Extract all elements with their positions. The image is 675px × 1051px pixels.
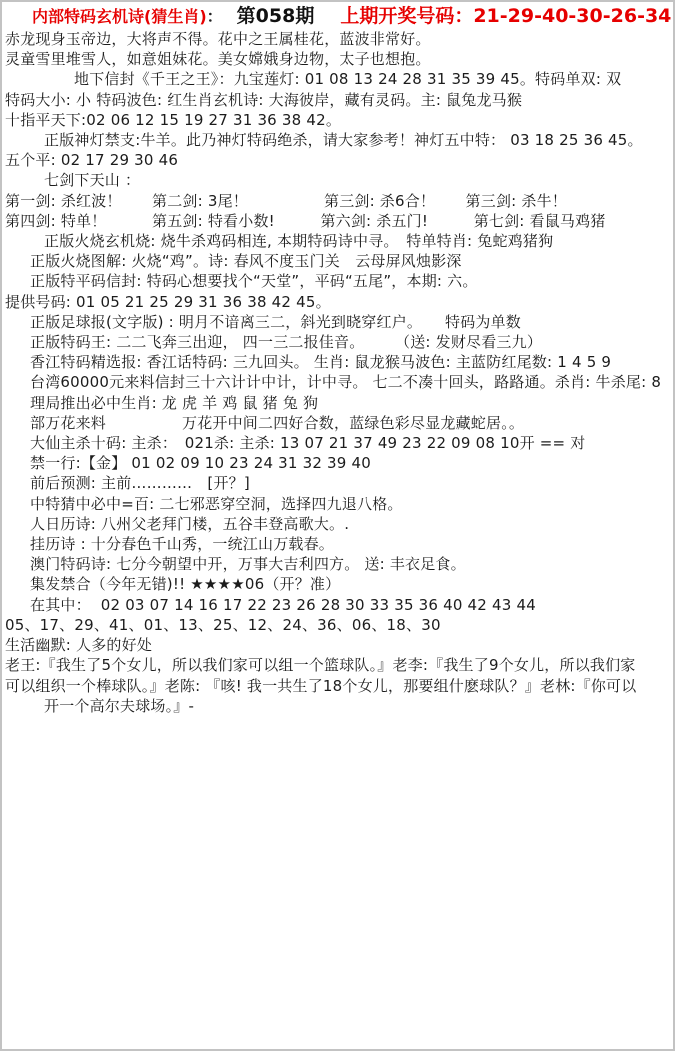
text-line: 香江特码精选报: 香江话特码: 三九回头。 生肖: 鼠龙猴马波色: 主蓝防红尾数… xyxy=(2,352,673,372)
text-line: 七剑下天山 ： xyxy=(2,170,673,190)
text-line: 开一个高尔夫球场。』- xyxy=(2,696,673,716)
text-line: 禁一行:【金】 01 02 09 10 23 24 31 32 39 40 xyxy=(2,453,673,473)
text-line: 可以组织一个棒球队。』老陈: 『咳! 我一共生了18个女儿，那要组什麽球队？』老… xyxy=(2,676,673,696)
text-line: 生活幽默: 人多的好处 xyxy=(2,635,673,655)
tip-sheet-page: 内部特码玄机诗(猜生肖)：第058期上期开奖号码：21-29-40-30-26-… xyxy=(0,0,675,1051)
text-line: 挂历诗 : 十分春色千山秀，一统江山万载春。 xyxy=(2,534,673,554)
text-line: 中特猜中必中=百: 二七邪恶穿空洞，选择四九退八格。 xyxy=(2,494,673,514)
text-line: 澳门特码诗: 七分今朝望中开，万事大吉利四方。 送: 丰衣足食。 xyxy=(2,554,673,574)
text-line: 正版火烧玄机烧: 烧牛杀鸡码相连, 本期特码诗中寻。 特单特肖: 兔蛇鸡猪狗 xyxy=(2,231,673,251)
text-line: 集发禁合（今年无错)!! ★★★★06（开？准） xyxy=(2,574,673,594)
text-line: 在其中： 02 03 07 14 16 17 22 23 26 28 30 33… xyxy=(2,595,673,615)
text-line: 人日历诗: 八州父老拜门楼，五谷丰登高歌大。. xyxy=(2,514,673,534)
text-line: 部万花来料 万花开中间二四好合数，蓝绿色彩尽显龙藏蛇居。。 xyxy=(2,413,673,433)
text-line: 正版火烧图解: 火烧“鸡”。诗: 春风不度玉门关 云母屏风烛影深 xyxy=(2,251,673,271)
text-line: 正版特平码信封: 特码心想要找个“天堂”，平码“五尾”，本期: 六。 xyxy=(2,271,673,291)
text-line: 灵童雪里堆雪人，如意姐妹花。美女嫦娥身边物，太子也想抱。 xyxy=(2,49,673,69)
text-line: 大仙主杀十码: 主杀： 021杀: 主杀: 13 07 21 37 49 23 … xyxy=(2,433,673,453)
text-line: 赤龙现身玉帝边，大将声不得。花中之王属桂花，蓝波非常好。 xyxy=(2,29,673,49)
page-header: 内部特码玄机诗(猜生肖)：第058期上期开奖号码：21-29-40-30-26-… xyxy=(2,2,673,28)
text-line: 地下信封《千王之王》：九宝莲灯: 01 08 13 24 28 31 35 39… xyxy=(2,69,673,89)
title-colon: ： xyxy=(207,7,223,26)
text-line: 正版足球报(文字版) : 明月不谙离三二，斜光到晓穿红户。 特码为单数 xyxy=(2,312,673,332)
text-line: 十指平天下:02 06 12 15 19 27 31 36 38 42。 xyxy=(2,110,673,130)
text-line: 05、17、29、41、01、13、25、12、24、36、06、18、30 xyxy=(2,615,673,635)
text-line: 理局推出必中生肖: 龙 虎 羊 鸡 鼠 猪 兔 狗 xyxy=(2,393,673,413)
text-line: 五个平: 02 17 29 30 46 xyxy=(2,150,673,170)
text-line: 提供号码: 01 05 21 25 29 31 36 38 42 45。 xyxy=(2,292,673,312)
issue-number: 第058期 xyxy=(237,5,315,27)
text-line: 老王:『我生了5个女儿，所以我们家可以组一个篮球队。』老李:『我生了9个女儿，所… xyxy=(2,655,673,675)
text-line: 特码大小: 小 特码波色: 红生肖玄机诗: 大海彼岸，藏有灵码。主: 鼠兔龙马猴 xyxy=(2,90,673,110)
text-line: 第四剑: 特单！ 第五剑: 特看小数! 第六剑: 杀五门! 第七剑: 看鼠马鸡猪 xyxy=(2,211,673,231)
text-line: 第一剑: 杀红波！ 第二剑: 3尾！ 第三剑: 杀6合！ 第三剑: 杀牛！ xyxy=(2,191,673,211)
text-line: 正版特码王: 二二飞奔三出迎， 四一三二报佳音。 （送: 发财尽看三九） xyxy=(2,332,673,352)
text-line: 前后预测: 主前………… [开？] xyxy=(2,473,673,493)
text-line: 正版神灯禁支:牛羊。此乃神灯特码绝杀，请大家参考！神灯五中特： 03 18 25… xyxy=(2,130,673,150)
content-lines: 赤龙现身玉帝边，大将声不得。花中之王属桂花，蓝波非常好。灵童雪里堆雪人，如意姐妹… xyxy=(2,28,673,716)
page-title: 内部特码玄机诗(猜生肖) xyxy=(32,7,207,26)
text-line: 台湾60000元来料信封三十六计计中计，计中寻。 七二不凑十回头，路路通。杀肖:… xyxy=(2,372,673,392)
last-draw-numbers: 上期开奖号码：21-29-40-30-26-34+23 xyxy=(340,5,675,27)
